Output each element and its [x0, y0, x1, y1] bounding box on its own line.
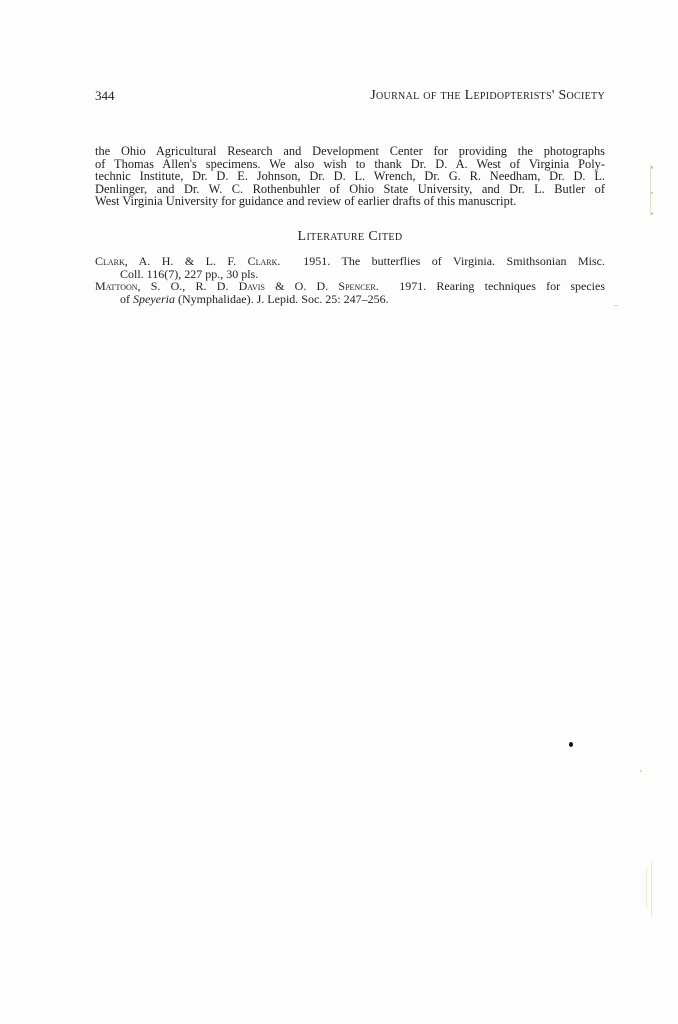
reference-list: Clark, A. H. & L. F. Clark. 1951. The bu…	[95, 255, 605, 305]
journal-title: Journal of the Lepidopterists' Society	[370, 88, 605, 104]
page-number: 344	[95, 88, 115, 104]
scan-artifact	[651, 166, 653, 169]
scan-artifact	[646, 868, 647, 908]
scan-artifact	[650, 165, 651, 215]
scan-artifact	[640, 770, 642, 772]
scan-artifact	[651, 192, 653, 194]
body-line: West Virginia University for guidance an…	[95, 195, 605, 208]
reference-details: 1951. The butterflies of Virginia. Smith…	[303, 254, 605, 268]
scan-artifact	[651, 212, 653, 215]
scan-artifact	[614, 305, 618, 306]
reference-item: Mattoon, S. O., R. D. Davis & O. D. Spen…	[95, 280, 605, 305]
acknowledgements-paragraph: the Ohio Agricultural Research and Devel…	[95, 145, 605, 208]
body-line: technic Institute, Dr. D. E. Johnson, Dr…	[95, 170, 605, 183]
reference-authors: Clark, A. H. & L. F. Clark.	[95, 254, 280, 268]
reference-item: Clark, A. H. & L. F. Clark. 1951. The bu…	[95, 255, 605, 280]
literature-cited-heading: Literature Cited	[95, 229, 605, 245]
body-line: the Ohio Agricultural Research and Devel…	[95, 145, 605, 158]
reference-details: 1971. Rearing techniques for species	[399, 279, 605, 293]
scan-artifact	[569, 742, 573, 747]
reference-continuation: of Speyeria (Nymphalidae). J. Lepid. Soc…	[95, 293, 605, 306]
journal-page: 344 Journal of the Lepidopterists' Socie…	[0, 0, 678, 1024]
scan-artifact	[651, 862, 652, 917]
genus-name: Speyeria	[133, 292, 175, 306]
